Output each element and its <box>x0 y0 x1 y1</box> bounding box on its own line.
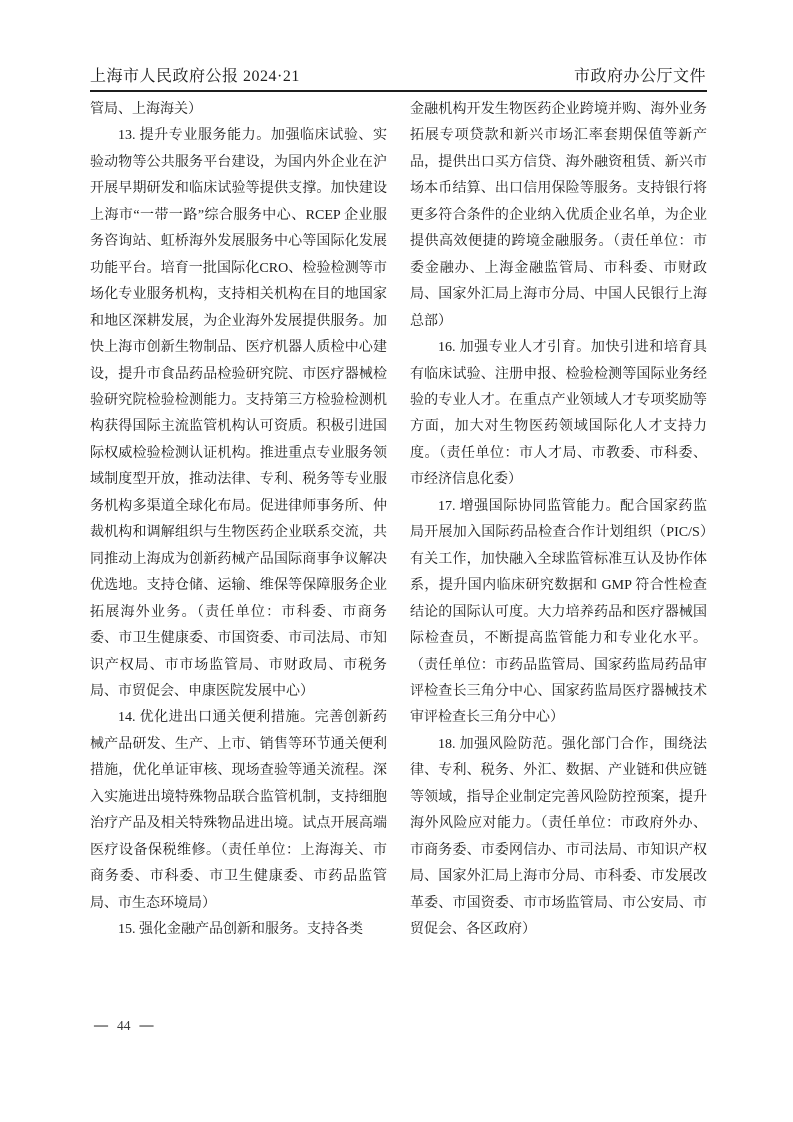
footer-right-dash: — <box>140 1018 154 1034</box>
gazette-title: 上海市人民政府公报 2024·21 <box>90 63 300 86</box>
section-title: 市政府办公厅文件 <box>574 63 706 86</box>
paragraph-item16: 16. 加强专业人才引育。加快引进和培育具有临床试验、注册申报、检验检测等国际业… <box>410 335 707 494</box>
gazette-page: 上海市人民政府公报 2024·21 市政府办公厅文件 管局、上海海关） 13. … <box>0 0 793 1122</box>
paragraph-item17: 17. 增强国际协同监管能力。配合国家药监局开展加入国际药品检查合作计划组织（P… <box>410 494 707 732</box>
paragraph-item13: 13. 提升专业服务能力。加强临床试验、实验动物等公共服务平台建设，为国内外企业… <box>90 123 387 705</box>
paragraph-item15: 15. 强化金融产品创新和服务。支持各类 <box>90 917 387 943</box>
paragraph-item14: 14. 优化进出口通关便利措施。完善创新药械产品研发、生产、上市、销售等环节通关… <box>90 705 387 917</box>
header-divider <box>90 90 707 92</box>
page-header: 上海市人民政府公报 2024·21 市政府办公厅文件 <box>90 63 706 86</box>
paragraph-item18: 18. 加强风险防范。强化部门合作，围绕法律、专利、税务、外汇、数据、产业链和供… <box>410 732 707 944</box>
document-body: 管局、上海海关） 13. 提升专业服务能力。加强临床试验、实验动物等公共服务平台… <box>90 97 707 944</box>
page-number: 44 <box>117 1018 131 1034</box>
page-footer: — 44 — <box>94 1018 154 1034</box>
left-column: 管局、上海海关） 13. 提升专业服务能力。加强临床试验、实验动物等公共服务平台… <box>90 97 387 944</box>
paragraph-item12-continuation: 管局、上海海关） <box>90 97 387 123</box>
paragraph-item15-continuation: 金融机构开发生物医药企业跨境并购、海外业务拓展专项贷款和新兴市场汇率套期保值等新… <box>410 97 707 335</box>
footer-left-dash: — <box>94 1018 108 1034</box>
right-column: 金融机构开发生物医药企业跨境并购、海外业务拓展专项贷款和新兴市场汇率套期保值等新… <box>410 97 707 944</box>
